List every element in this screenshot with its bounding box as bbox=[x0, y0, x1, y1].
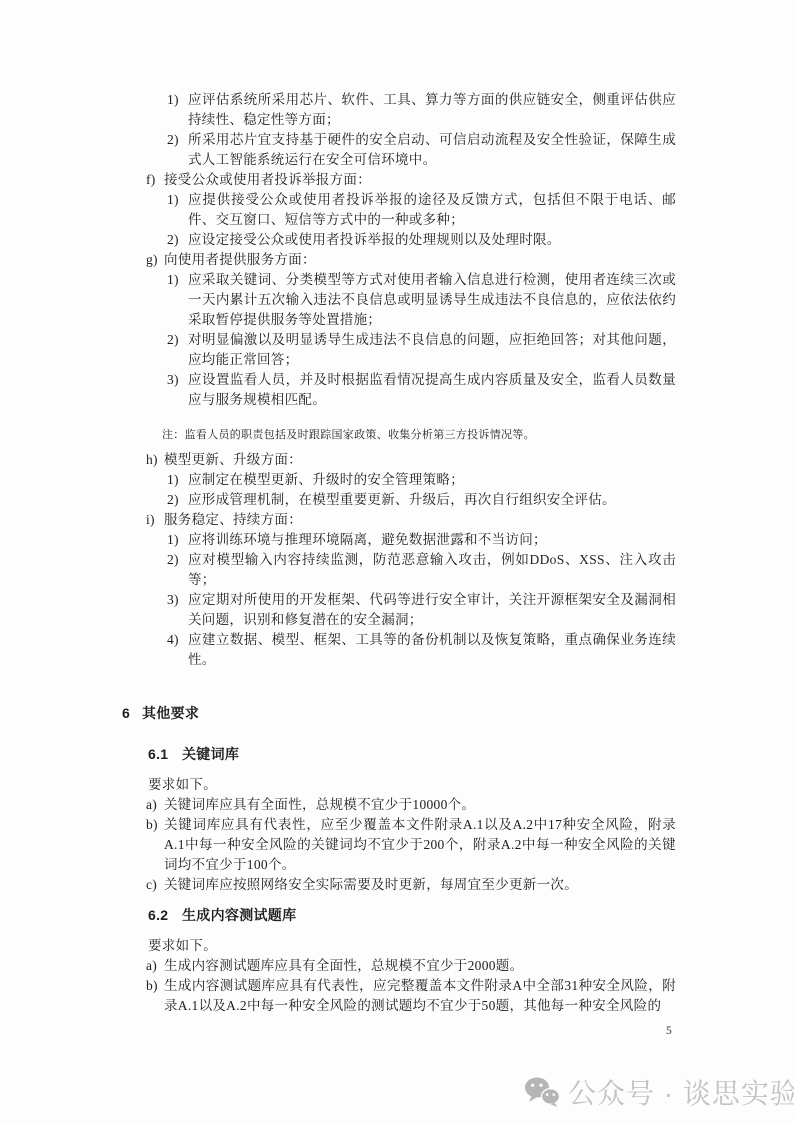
wechat-watermark: 公众号 · 谈思实验室 bbox=[524, 1072, 794, 1112]
clause-title: 服务稳定、持续方面： bbox=[164, 510, 302, 530]
carryover-list: 1) 应评估系统所采用芯片、软件、工具、算力等方面的供应链安全，侧重评估供应持续… bbox=[167, 90, 676, 170]
list-item: b) 关键词库应具有代表性，应至少覆盖本文件附录A.1以及A.2中17种安全风险… bbox=[146, 815, 676, 875]
subsection-61-list: a) 关键词库应具有全面性，总规模不宜少于10000个。 b) 关键词库应具有代… bbox=[146, 795, 676, 895]
list-item: 2) 所采用芯片宜支持基于硬件的安全启动、可信启动流程及安全性验证，保障生成式人… bbox=[167, 130, 676, 170]
list-item-text: 应对模型输入内容持续监测，防范恶意输入攻击，例如DDoS、XSS、注入攻击等； bbox=[188, 550, 676, 590]
clause-i-list: 1) 应将训练环境与推理环境隔离，避免数据泄露和不当访问； 2) 应对模型输入内… bbox=[167, 530, 676, 670]
list-marker: 3) bbox=[167, 370, 188, 410]
subsection-number: 6.2 bbox=[148, 905, 182, 925]
clause-g-list: 1) 应采取关键词、分类模型等方式对使用者输入信息进行检测，使用者连续三次或一天… bbox=[167, 270, 676, 410]
list-item: 2) 应设定接受公众或使用者投诉举报的处理规则以及处理时限。 bbox=[167, 230, 676, 250]
clause-title: 接受公众或使用者投诉举报方面： bbox=[164, 170, 371, 190]
subsection-heading-61: 6.1 关键词库 bbox=[148, 744, 676, 764]
clause-f-list: 1) 应提供接受公众或使用者投诉举报的途径及反馈方式，包括但不限于电话、邮件、交… bbox=[167, 190, 676, 250]
list-item: 4) 应建立数据、模型、框架、工具等的备份机制以及恢复策略，重点确保业务连续性。 bbox=[167, 630, 676, 670]
list-item-text: 应建立数据、模型、框架、工具等的备份机制以及恢复策略，重点确保业务连续性。 bbox=[188, 630, 676, 670]
list-item: 1) 应提供接受公众或使用者投诉举报的途径及反馈方式，包括但不限于电话、邮件、交… bbox=[167, 190, 676, 230]
subsection-title: 关键词库 bbox=[182, 744, 239, 764]
list-item: c) 关键词库应按照网络安全实际需要及时更新，每周宜至少更新一次。 bbox=[146, 875, 676, 895]
list-item-text: 应设置监看人员，并及时根据监看情况提高生成内容质量及安全，监看人员数量应与服务规… bbox=[188, 370, 676, 410]
watermark-label: 公众号 · 谈思实验室 bbox=[568, 1072, 794, 1112]
page-number: 5 bbox=[666, 1025, 672, 1037]
list-item-text: 应形成管理机制，在模型重要更新、升级后，再次自行组织安全评估。 bbox=[188, 490, 676, 510]
subsection-62-list: a) 生成内容测试题库应具有全面性，总规模不宜少于2000题。 b) 生成内容测… bbox=[146, 956, 676, 1016]
list-item-text: 应定期对所使用的开发框架、代码等进行安全审计，关注开源框架安全及漏洞相关问题，识… bbox=[188, 590, 676, 630]
list-marker: 1) bbox=[167, 470, 188, 490]
list-marker: a) bbox=[146, 956, 164, 976]
list-item: 3) 应定期对所使用的开发框架、代码等进行安全审计，关注开源框架安全及漏洞相关问… bbox=[167, 590, 676, 630]
list-marker: 1) bbox=[167, 90, 188, 130]
list-marker: f) bbox=[146, 170, 164, 190]
list-marker: 2) bbox=[167, 550, 188, 590]
list-marker: 1) bbox=[167, 190, 188, 230]
requirements-intro: 要求如下。 bbox=[148, 936, 676, 956]
list-item-text: 应制定在模型更新、升级时的安全管理策略； bbox=[188, 470, 676, 490]
list-marker: i) bbox=[146, 510, 164, 530]
list-marker: 2) bbox=[167, 490, 188, 510]
clause-i-heading: i) 服务稳定、持续方面： bbox=[146, 510, 676, 530]
clause-g-heading: g) 向使用者提供服务方面： bbox=[146, 250, 676, 270]
list-item: 2) 应对模型输入内容持续监测，防范恶意输入攻击，例如DDoS、XSS、注入攻击… bbox=[167, 550, 676, 590]
list-item-text: 关键词库应具有代表性，应至少覆盖本文件附录A.1以及A.2中17种安全风险，附录… bbox=[164, 815, 676, 875]
section-title: 其他要求 bbox=[142, 703, 199, 723]
list-item-text: 关键词库应按照网络安全实际需要及时更新，每周宜至少更新一次。 bbox=[164, 875, 676, 895]
list-item: b) 生成内容测试题库应具有代表性，应完整覆盖本文件附录A中全部31种安全风险，… bbox=[146, 976, 676, 1016]
list-item-text: 应评估系统所采用芯片、软件、工具、算力等方面的供应链安全，侧重评估供应持续性、稳… bbox=[188, 90, 676, 130]
list-marker: 2) bbox=[167, 130, 188, 170]
list-item: a) 关键词库应具有全面性，总规模不宜少于10000个。 bbox=[146, 795, 676, 815]
list-item: a) 生成内容测试题库应具有全面性，总规模不宜少于2000题。 bbox=[146, 956, 676, 976]
clause-title: 模型更新、升级方面： bbox=[164, 450, 302, 470]
subsection-number: 6.1 bbox=[148, 744, 182, 764]
document-body: 1) 应评估系统所采用芯片、软件、工具、算力等方面的供应链安全，侧重评估供应持续… bbox=[146, 90, 676, 1016]
subsection-title: 生成内容测试题库 bbox=[182, 905, 296, 925]
list-item-text: 所采用芯片宜支持基于硬件的安全启动、可信启动流程及安全性验证，保障生成式人工智能… bbox=[188, 130, 676, 170]
list-item-text: 应提供接受公众或使用者投诉举报的途径及反馈方式，包括但不限于电话、邮件、交互窗口… bbox=[188, 190, 676, 230]
list-marker: 3) bbox=[167, 590, 188, 630]
list-item: 3) 应设置监看人员，并及时根据监看情况提高生成内容质量及安全，监看人员数量应与… bbox=[167, 370, 676, 410]
list-marker: h) bbox=[146, 450, 164, 470]
wechat-icon bbox=[524, 1076, 560, 1108]
section-heading: 6 其他要求 bbox=[122, 703, 676, 723]
list-marker: 2) bbox=[167, 230, 188, 250]
list-marker: 2) bbox=[167, 330, 188, 370]
list-item-text: 生成内容测试题库应具有全面性，总规模不宜少于2000题。 bbox=[164, 956, 676, 976]
list-marker: 4) bbox=[167, 630, 188, 670]
list-item: 2) 应形成管理机制，在模型重要更新、升级后，再次自行组织安全评估。 bbox=[167, 490, 676, 510]
list-item: 1) 应将训练环境与推理环境隔离，避免数据泄露和不当访问； bbox=[167, 530, 676, 550]
list-marker: 1) bbox=[167, 530, 188, 550]
list-marker: a) bbox=[146, 795, 164, 815]
list-marker: b) bbox=[146, 976, 164, 1016]
list-item-text: 应采取关键词、分类模型等方式对使用者输入信息进行检测，使用者连续三次或一天内累计… bbox=[188, 270, 676, 330]
list-item: 1) 应评估系统所采用芯片、软件、工具、算力等方面的供应链安全，侧重评估供应持续… bbox=[167, 90, 676, 130]
list-item-text: 应将训练环境与推理环境隔离，避免数据泄露和不当访问； bbox=[188, 530, 676, 550]
requirements-intro: 要求如下。 bbox=[148, 775, 676, 795]
list-item-text: 对明显偏激以及明显诱导生成违法不良信息的问题，应拒绝回答；对其他问题，应均能正常… bbox=[188, 330, 676, 370]
list-marker: 1) bbox=[167, 270, 188, 330]
list-item: 2) 对明显偏激以及明显诱导生成违法不良信息的问题，应拒绝回答；对其他问题，应均… bbox=[167, 330, 676, 370]
section-number: 6 bbox=[122, 703, 142, 723]
list-marker: g) bbox=[146, 250, 164, 270]
clause-title: 向使用者提供服务方面： bbox=[164, 250, 316, 270]
clause-h-list: 1) 应制定在模型更新、升级时的安全管理策略； 2) 应形成管理机制，在模型重要… bbox=[167, 470, 676, 510]
document-page: 1) 应评估系统所采用芯片、软件、工具、算力等方面的供应链安全，侧重评估供应持续… bbox=[0, 0, 794, 1123]
subsection-heading-62: 6.2 生成内容测试题库 bbox=[148, 905, 676, 925]
list-marker: c) bbox=[146, 875, 164, 895]
list-item: 1) 应制定在模型更新、升级时的安全管理策略； bbox=[167, 470, 676, 490]
list-marker: b) bbox=[146, 815, 164, 875]
clause-f-heading: f) 接受公众或使用者投诉举报方面： bbox=[146, 170, 676, 190]
list-item-text: 生成内容测试题库应具有代表性，应完整覆盖本文件附录A中全部31种安全风险，附录A… bbox=[164, 976, 676, 1016]
list-item-text: 应设定接受公众或使用者投诉举报的处理规则以及处理时限。 bbox=[188, 230, 676, 250]
list-item-text: 关键词库应具有全面性，总规模不宜少于10000个。 bbox=[164, 795, 676, 815]
list-item: 1) 应采取关键词、分类模型等方式对使用者输入信息进行检测，使用者连续三次或一天… bbox=[167, 270, 676, 330]
note-text: 注：监看人员的职责包括及时跟踪国家政策、收集分析第三方投诉情况等。 bbox=[162, 427, 676, 443]
clause-h-heading: h) 模型更新、升级方面： bbox=[146, 450, 676, 470]
